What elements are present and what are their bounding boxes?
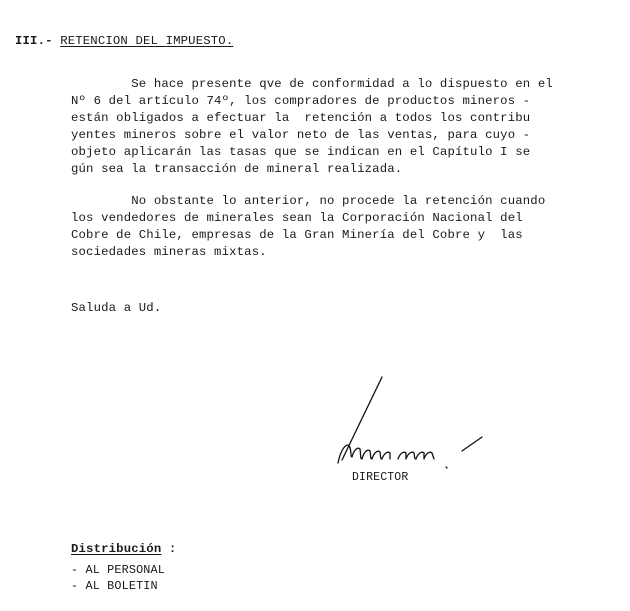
paragraph-line: gún sea la transacción de mineral realiz… (71, 161, 402, 177)
distribution-item: - AL PERSONAL (71, 562, 165, 578)
section-heading: III.- RETENCION DEL IMPUESTO. (15, 33, 233, 49)
paragraph-line: Se hace presente qve de conformidad a lo… (71, 76, 553, 92)
section-number: III.- (15, 34, 60, 48)
paragraph-line: No obstante lo anterior, no procede la r… (71, 193, 545, 209)
signatory-title: DIRECTOR (352, 470, 408, 486)
paragraph-line: Nº 6 del artículo 74º, los compradores d… (71, 93, 530, 109)
paragraph-line: Cobre de Chile, empresas de la Gran Mine… (71, 227, 523, 243)
paragraph-line: objeto aplicarán las tasas que se indica… (71, 144, 530, 160)
signature-icon (330, 375, 490, 475)
distribution-colon: : (161, 542, 176, 556)
closing-salutation: Saluda a Ud. (71, 300, 161, 316)
paragraph-line: sociedades mineras mixtas. (71, 244, 267, 260)
distribution-label: Distribución : (71, 541, 176, 557)
section-title: RETENCION DEL IMPUESTO. (60, 34, 233, 48)
paragraph-line: los vendedores de minerales sean la Corp… (71, 210, 523, 226)
distribution-item: - AL BOLETIN (71, 578, 158, 594)
distribution-heading: Distribución (71, 542, 161, 556)
paragraph-line: yentes mineros sobre el valor neto de la… (71, 127, 530, 143)
paragraph-line: están obligados a efectuar la retención … (71, 110, 530, 126)
